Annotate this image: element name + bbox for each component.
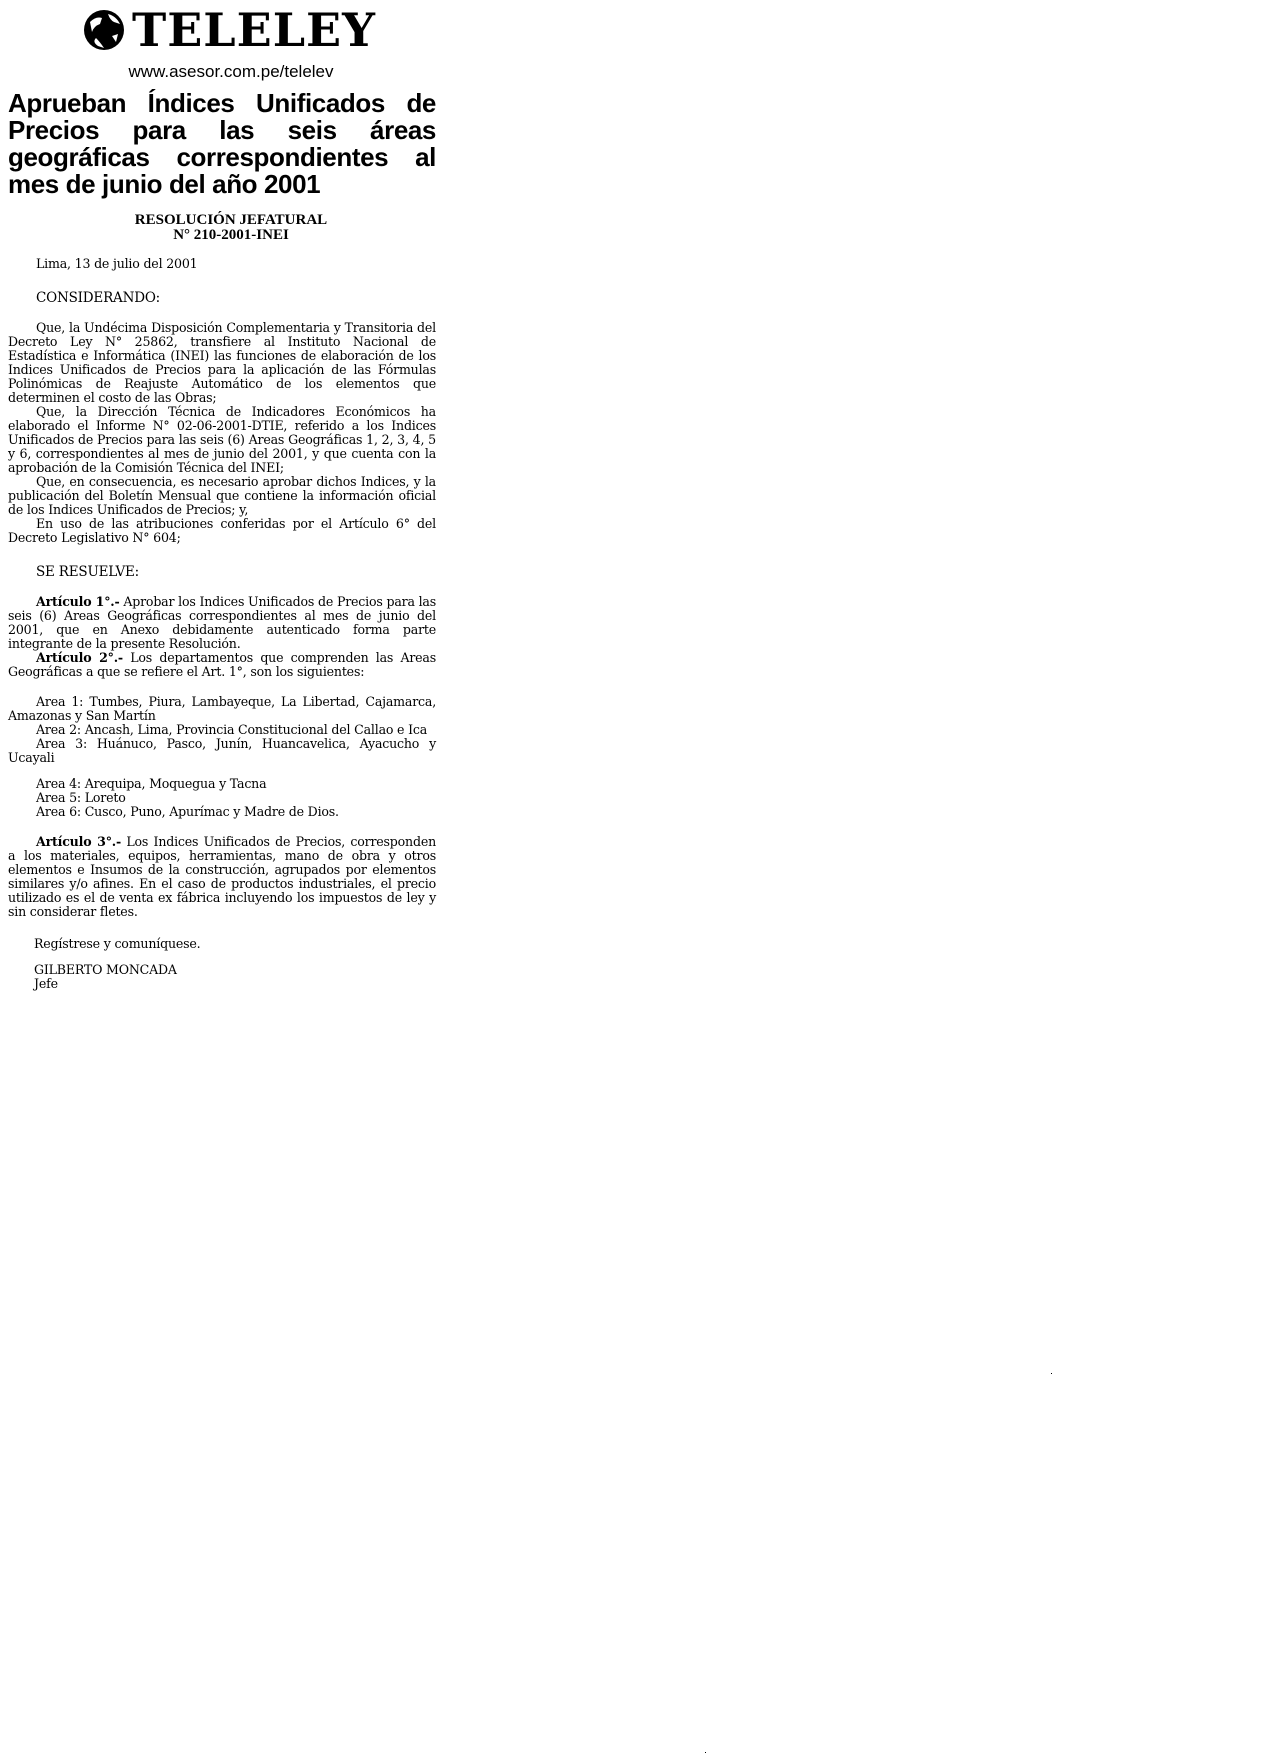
- resolution-heading: RESOLUCIÓN JEFATURAL N° 210-2001-INEI: [8, 213, 436, 243]
- date-line: Lima, 13 de julio del 2001: [8, 257, 436, 271]
- resolution-type: RESOLUCIÓN JEFATURAL: [26, 213, 436, 228]
- considerando-paragraph: Que, la Dirección Técnica de Indicadores…: [8, 405, 436, 475]
- area-item: Area 4: Arequipa, Moquegua y Tacna: [8, 777, 436, 791]
- resuelve-label: SE RESUELVE:: [8, 565, 436, 579]
- headline: Aprueban Índices Unificados de Precios p…: [8, 90, 436, 198]
- area-item: Area 1: Tumbes, Piura, Lambayeque, La Li…: [8, 695, 436, 723]
- area-item: Area 2: Ancash, Lima, Provincia Constitu…: [8, 723, 436, 737]
- masthead: TELELEY: [22, 0, 436, 60]
- scan-speck: [1051, 1373, 1052, 1374]
- area-item: Area 3: Huánuco, Pasco, Junín, Huancavel…: [8, 737, 436, 765]
- article-label: Artículo 1°.-: [36, 594, 120, 609]
- legal-notice-column: TELELEY www.asesor.com.pe/telelev Aprueb…: [8, 0, 436, 991]
- resolution-number: N° 210-2001-INEI: [26, 228, 436, 243]
- brand-logo-text: TELELEY: [132, 7, 376, 53]
- area-item: Area 5: Loreto: [8, 791, 436, 805]
- globe-icon: [82, 8, 126, 52]
- article-2: Artículo 2°.- Los departamentos que comp…: [8, 651, 436, 679]
- signatory-title: Jefe: [8, 977, 436, 991]
- closing-line: Regístrese y comuníquese.: [8, 937, 436, 951]
- article-3: Artículo 3°.- Los Indices Unificados de …: [8, 835, 436, 919]
- considerando-paragraph: Que, en consecuencia, es necesario aprob…: [8, 475, 436, 517]
- signatory-name: GILBERTO MONCADA: [8, 963, 436, 977]
- document-body: Lima, 13 de julio del 2001 CONSIDERANDO:…: [8, 257, 436, 991]
- article-1: Artículo 1°.- Aprobar los Indices Unific…: [8, 595, 436, 651]
- considerando-label: CONSIDERANDO:: [8, 291, 436, 305]
- area-item: Area 6: Cusco, Puno, Apurímac y Madre de…: [8, 805, 436, 819]
- considerando-paragraph: Que, la Undécima Disposición Complementa…: [8, 321, 436, 405]
- considerando-paragraph: En uso de las atribuciones conferidas po…: [8, 517, 436, 545]
- article-label: Artículo 3°.-: [36, 834, 121, 849]
- article-label: Artículo 2°.-: [36, 650, 123, 665]
- scan-speck: [705, 1752, 706, 1753]
- website-url: www.asesor.com.pe/telelev: [26, 62, 436, 82]
- areas-list: Area 1: Tumbes, Piura, Lambayeque, La Li…: [8, 695, 436, 819]
